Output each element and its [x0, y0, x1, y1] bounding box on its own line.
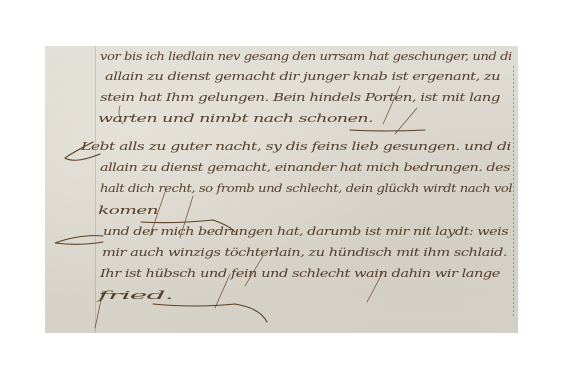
manuscript-line: allain zu dienst gemacht, einander hat m… [100, 160, 510, 174]
manuscript-line: allain zu dienst gemacht dir junger knab… [105, 69, 500, 83]
left-margin-rule [95, 46, 96, 333]
manuscript-line: und der mich bedrungen hat, darumb ist m… [103, 224, 508, 238]
manuscript-line: mir auch winzigs töchterlain, zu hündisc… [102, 245, 507, 259]
manuscript-line: stein hat Ihm gelungen. Bein hindels Por… [100, 90, 500, 104]
manuscript-line: warten und nimbt nach schonen. [98, 111, 373, 125]
manuscript-line: komen [98, 203, 158, 217]
line-text: allain zu dienst gemacht, einander hat m… [100, 160, 510, 174]
line-text: stein hat Ihm gelungen. Bein hindels Por… [100, 90, 500, 104]
manuscript-line: halt dich recht, so fromb und schlecht, … [100, 181, 512, 195]
line-text: warten und nimbt nach schonen. [98, 111, 373, 125]
manuscript-line: Ihr ist hübsch und fein und schlecht wai… [100, 266, 500, 280]
line-text: vor bis ich liedlain nev gesang den urrs… [100, 49, 512, 63]
line-text: fried. [98, 288, 173, 302]
manuscript-line: vor bis ich liedlain nev gesang den urrs… [100, 49, 512, 63]
line-text: komen [98, 203, 158, 217]
manuscript-scan: vor bis ich liedlain nev gesang den urrs… [45, 46, 518, 333]
line-text: und der mich bedrungen hat, darumb ist m… [103, 224, 508, 238]
line-text: Lebt alls zu guter nacht, sy dis feins l… [81, 139, 511, 153]
right-margin-rule [513, 66, 514, 316]
line-text: mir auch winzigs töchterlain, zu hündisc… [102, 245, 507, 259]
manuscript-line: fried. [98, 288, 173, 302]
manuscript-line: Lebt alls zu guter nacht, sy dis feins l… [81, 139, 511, 153]
line-text: allain zu dienst gemacht dir junger knab… [105, 69, 500, 83]
line-text: halt dich recht, so fromb und schlecht, … [100, 181, 512, 195]
line-text: Ihr ist hübsch und fein und schlecht wai… [100, 266, 500, 280]
page-frame: vor bis ich liedlain nev gesang den urrs… [0, 0, 566, 376]
